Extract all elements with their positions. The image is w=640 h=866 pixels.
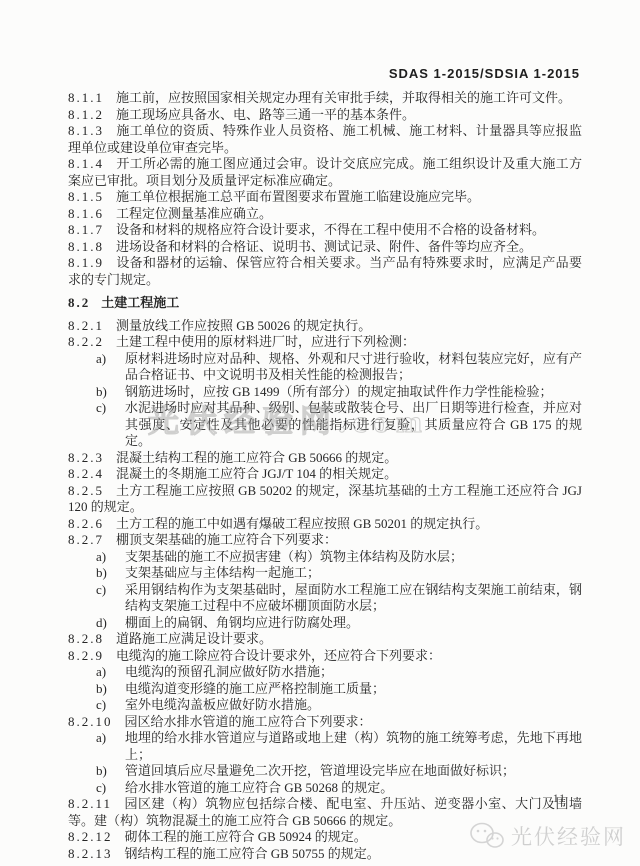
list-item-marker: c) xyxy=(96,582,106,599)
clause-text: 设备和器材的运输、保管应符合相关要求。当产品有特殊要求时，应满足产品要求的专门规… xyxy=(68,255,582,287)
clause: 8.2.6土方工程的施工中如遇有爆破工程应按照 GB 50201 的规定执行。 xyxy=(68,516,582,533)
section-number: 8.2 xyxy=(68,295,90,310)
clause-text: 进场设备和材料的合格证、说明书、测试记录、附件、备件等均应齐全。 xyxy=(116,239,532,254)
clause-number: 8.1.3 xyxy=(68,123,104,138)
list-item-text: 原材料进场时应对品种、规格、外观和尺寸进行验收，材料包装应完好，应有产品合格证书… xyxy=(125,351,582,383)
clause: 8.1.1施工前，应按照国家相关规定办理有关审批手续，并取得相关的施工许可文件。 xyxy=(68,90,582,107)
document-body: 8.1.1施工前，应按照国家相关规定办理有关审批手续，并取得相关的施工许可文件。… xyxy=(68,90,582,862)
list-item: c)室外电缆沟盖板应做好防水措施。 xyxy=(96,697,582,714)
clause-number: 8.1.6 xyxy=(68,206,104,221)
clause: 8.2.4混凝土的冬期施工应符合 JGJ/T 104 的相关规定。 xyxy=(68,466,582,483)
clause-text: 施工单位根据施工总平面布置图要求布置施工临建设施应完毕。 xyxy=(116,189,480,204)
clause-text: 施工单位的资质、特殊作业人员资格、施工机械、施工材料、计量器具等应报监理单位或建… xyxy=(68,123,582,155)
list-item: a)支架基础的施工不应损害建（构）筑物主体结构及防水层； xyxy=(96,549,582,566)
list-item: b)钢筋进场时，应按 GB 1499（所有部分）的规定抽取试件作力学性能检验； xyxy=(96,384,582,401)
clause-text: 开工所必需的施工图应通过会审。设计交底应完成。施工组织设计及重大施工方案应已审批… xyxy=(68,156,582,188)
clause-number: 8.1.9 xyxy=(68,255,104,270)
list-item: b)支架基础应与主体结构一起施工； xyxy=(96,565,582,582)
clause: 8.2.5土方工程施工应按照 GB 50202 的规定，深基坑基础的土方工程施工… xyxy=(68,483,582,516)
list-item-text: 棚面上的扁钢、角钢均应进行防腐处理。 xyxy=(125,615,359,630)
list-item-marker: b) xyxy=(96,681,107,698)
clause-text: 工程定位测量基准应确立。 xyxy=(116,206,272,221)
list-item: b)电缆沟道变形缝的施工应严格控制施工质量； xyxy=(96,681,582,698)
clause-text: 园区给水排水管道的施工应符合下列要求： xyxy=(125,714,372,729)
clause-number: 8.2.11 xyxy=(68,796,112,811)
clause: 8.2.3混凝土结构工程的施工应符合 GB 50666 的规定。 xyxy=(68,450,582,467)
list-item-marker: b) xyxy=(96,384,107,401)
clause-number: 8.2.3 xyxy=(68,450,104,465)
clause: 8.2.8道路施工应满足设计要求。 xyxy=(68,631,582,648)
list-item-marker: c) xyxy=(96,697,106,714)
clause-number: 8.2.7 xyxy=(68,532,104,547)
list-item-text: 水泥进场时应对其品种、级别、包装或散装仓号、出厂日期等进行检查，并应对其强度、安… xyxy=(125,400,582,448)
clause-number: 8.2.1 xyxy=(68,318,104,333)
list-item: a)电缆沟的预留孔洞应做好防水措施； xyxy=(96,664,582,681)
list-item-text: 电缆沟道变形缝的施工应严格控制施工质量； xyxy=(125,681,385,696)
clause-number: 8.2.8 xyxy=(68,631,104,646)
clause: 8.1.4开工所必需的施工图应通过会审。设计交底应完成。施工组织设计及重大施工方… xyxy=(68,156,582,189)
section-title: 土建工程施工 xyxy=(101,295,179,310)
clause-text: 混凝土结构工程的施工应符合 GB 50666 的规定。 xyxy=(116,450,397,465)
list-item-text: 地埋的给水排水管道应与道路或地上建（构）筑物的施工统筹考虑，先地下再地上； xyxy=(125,730,582,762)
list-item-text: 钢筋进场时，应按 GB 1499（所有部分）的规定抽取试件作力学性能检验； xyxy=(125,384,553,399)
list-item-marker: a) xyxy=(96,664,106,681)
clause-number: 8.2.6 xyxy=(68,516,104,531)
footer-site-name: 光伏经验网 xyxy=(511,821,626,851)
list-item: d)棚面上的扁钢、角钢均应进行防腐处理。 xyxy=(96,615,582,632)
clause-text: 棚顶支架基础的施工应符合下列要求： xyxy=(116,532,337,547)
clause-number: 8.1.7 xyxy=(68,222,104,237)
clause: 8.1.5施工单位根据施工总平面布置图要求布置施工临建设施应完毕。 xyxy=(68,189,582,206)
list-item-text: 支架基础应与主体结构一起施工； xyxy=(125,565,320,580)
list-item: c)水泥进场时应对其品种、级别、包装或散装仓号、出厂日期等进行检查，并应对其强度… xyxy=(96,400,582,450)
list-item: c)给水排水管道的施工应符合 GB 50268 的规定。 xyxy=(96,780,582,797)
list-item-marker: d) xyxy=(96,615,107,632)
clause: 8.1.3施工单位的资质、特殊作业人员资格、施工机械、施工材料、计量器具等应报监… xyxy=(68,123,582,156)
list-item: a)地埋的给水排水管道应与道路或地上建（构）筑物的施工统筹考虑，先地下再地上； xyxy=(96,730,582,763)
clause: 8.2.10园区给水排水管道的施工应符合下列要求： xyxy=(68,714,582,731)
clause: 8.2.2土建工程中使用的原材料进厂时，应进行下列检测： xyxy=(68,334,582,351)
list-item-text: 支架基础的施工不应损害建（构）筑物主体结构及防水层； xyxy=(125,549,463,564)
list-item-marker: a) xyxy=(96,549,106,566)
clause-number: 8.2.10 xyxy=(68,714,113,729)
clause-number: 8.1.5 xyxy=(68,189,104,204)
list-item-text: 采用钢结构作为支架基础时，屋面防水工程施工应在钢结构支架施工前结束，钢结构支架施… xyxy=(125,582,582,614)
list-item-text: 管道回填后应尽量避免二次开挖，管道埋设完毕应在地面做好标识； xyxy=(125,763,515,778)
clause-text: 道路施工应满足设计要求。 xyxy=(116,631,272,646)
list-item-marker: b) xyxy=(96,565,107,582)
clause-text: 土方工程施工应按照 GB 50202 的规定，深基坑基础的土方工程施工还应符合 … xyxy=(68,483,582,515)
clause-number: 8.2.12 xyxy=(68,829,113,844)
list-item-marker: a) xyxy=(96,351,106,368)
clause-text: 土建工程中使用的原材料进厂时，应进行下列检测： xyxy=(116,334,415,349)
clause-number: 8.2.4 xyxy=(68,466,104,481)
clause-text: 电缆沟的施工除应符合设计要求外，还应符合下列要求： xyxy=(116,648,441,663)
clause-text: 钢结构工程的施工应符合 GB 50755 的规定。 xyxy=(125,846,380,861)
clause: 8.1.9设备和器材的运输、保管应符合相关要求。当产品有特殊要求时，应满足产品要… xyxy=(68,255,582,288)
list-item: c)采用钢结构作为支架基础时，屋面防水工程施工应在钢结构支架施工前结束，钢结构支… xyxy=(96,582,582,615)
clause: 8.2.7棚顶支架基础的施工应符合下列要求： xyxy=(68,532,582,549)
list-item-marker: c) xyxy=(96,400,106,417)
clause-number: 8.2.9 xyxy=(68,648,104,663)
list-item-marker: b) xyxy=(96,763,107,780)
clause-text: 测量放线工作应按照 GB 50026 的规定执行。 xyxy=(116,318,371,333)
clause: 8.1.2施工现场应具备水、电、路等三通一平的基本条件。 xyxy=(68,107,582,124)
wechat-logo-icon xyxy=(468,820,506,852)
clause-number: 8.1.4 xyxy=(68,156,104,171)
document-page: SDAS 1-2015/SDSIA 1-2015 8.1.1施工前，应按照国家相… xyxy=(0,0,640,866)
clause-text: 设备和材料的规格应符合设计要求，不得在工程中使用不合格的设备材料。 xyxy=(116,222,545,237)
clause-text: 土方工程的施工中如遇有爆破工程应按照 GB 50201 的规定执行。 xyxy=(116,516,488,531)
list-item-text: 室外电缆沟盖板应做好防水措施。 xyxy=(125,697,320,712)
list-item-text: 电缆沟的预留孔洞应做好防水措施； xyxy=(125,664,333,679)
clause-number: 8.1.1 xyxy=(68,90,104,105)
list-item: b)管道回填后应尽量避免二次开挖，管道埋设完毕应在地面做好标识； xyxy=(96,763,582,780)
section-heading: 8.2土建工程施工 xyxy=(68,295,582,312)
clause-number: 8.2.2 xyxy=(68,334,104,349)
list-item-marker: c) xyxy=(96,780,106,797)
list-item-text: 给水排水管道的施工应符合 GB 50268 的规定。 xyxy=(125,780,393,795)
clause-text: 施工前，应按照国家相关规定办理有关审批手续，并取得相关的施工许可文件。 xyxy=(116,90,571,105)
clause-text: 砌体工程的施工应符合 GB 50924 的规定。 xyxy=(125,829,367,844)
list-item: a)原材料进场时应对品种、规格、外观和尺寸进行验收，材料包装应完好，应有产品合格… xyxy=(96,351,582,384)
header-doc-code: SDAS 1-2015/SDSIA 1-2015 xyxy=(389,66,580,81)
clause-number: 8.1.8 xyxy=(68,239,104,254)
clause-text: 混凝土的冬期施工应符合 JGJ/T 104 的相关规定。 xyxy=(116,466,397,481)
clause-number: 8.2.13 xyxy=(68,846,113,861)
clause-number: 8.2.5 xyxy=(68,483,104,498)
list-item-marker: a) xyxy=(96,730,106,747)
clause: 8.1.7设备和材料的规格应符合设计要求，不得在工程中使用不合格的设备材料。 xyxy=(68,222,582,239)
clause: 8.1.8进场设备和材料的合格证、说明书、测试记录、附件、备件等均应齐全。 xyxy=(68,239,582,256)
clause: 8.2.1测量放线工作应按照 GB 50026 的规定执行。 xyxy=(68,318,582,335)
clause: 8.1.6工程定位测量基准应确立。 xyxy=(68,206,582,223)
page-number: 11 xyxy=(553,793,566,805)
clause: 8.2.9电缆沟的施工除应符合设计要求外，还应符合下列要求： xyxy=(68,648,582,665)
clause-text: 施工现场应具备水、电、路等三通一平的基本条件。 xyxy=(116,107,415,122)
clause-number: 8.1.2 xyxy=(68,107,104,122)
footer-watermark: 光伏经验网 xyxy=(468,820,626,852)
